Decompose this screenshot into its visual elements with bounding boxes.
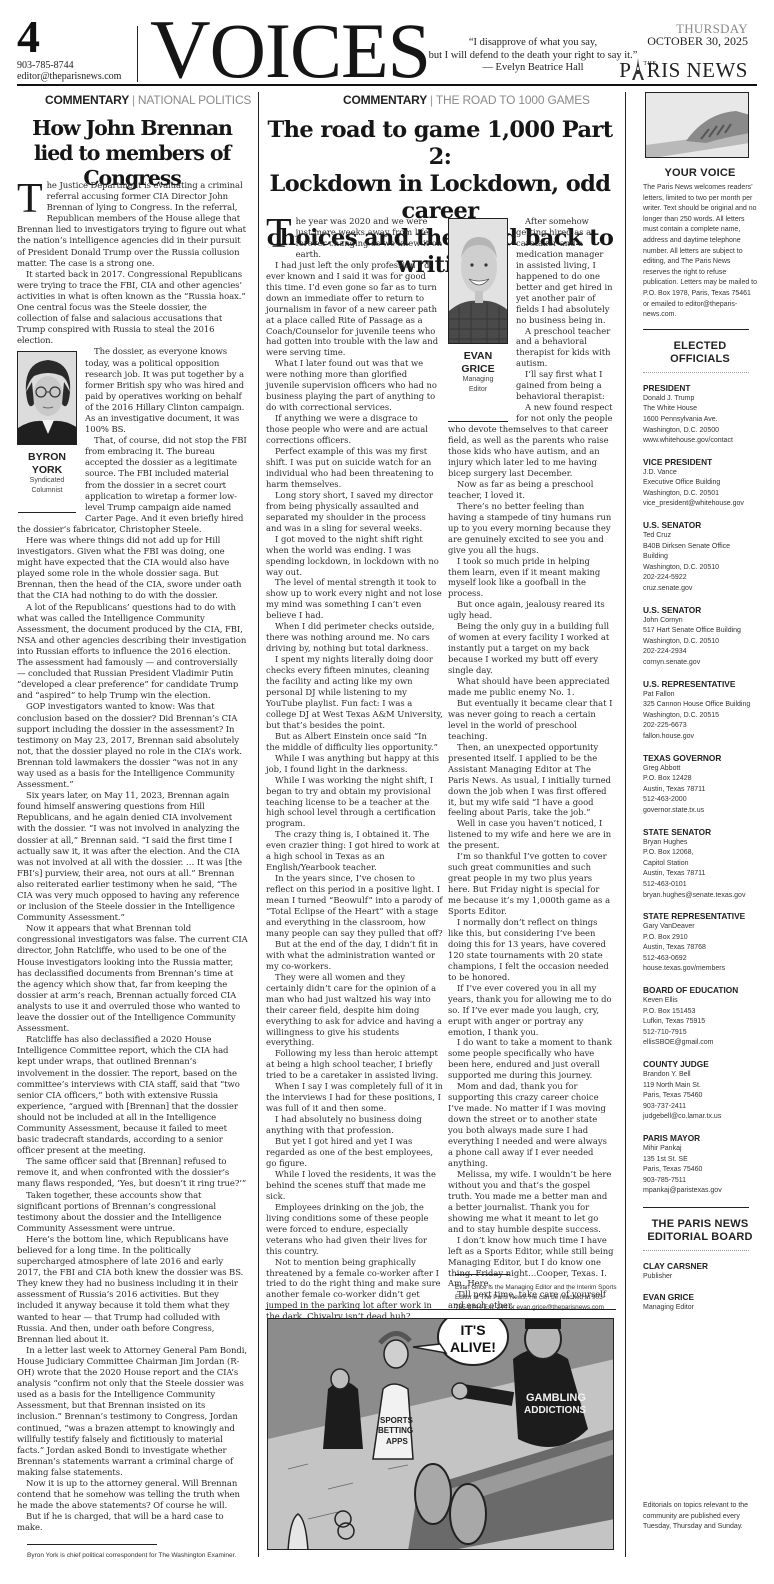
official-contact-link[interactable]: ellisSBOE@gmail.com [643,1038,757,1049]
editorial-cartoon: GAMBLING ADDICTIONS SPORTS BETTING APPS … [267,1318,614,1550]
paragraph: But as Albert Einstein once said “In the… [266,731,443,753]
sidebar-rule [643,1207,749,1208]
tagline-rule [27,1544,157,1545]
paragraph: Being the only guy in a building full of… [448,621,614,676]
paragraph: When I say I was completely full of it i… [266,1081,443,1114]
svg-text:APPS: APPS [386,1437,408,1446]
official-detail: J.D. Vance [643,468,757,479]
official-detail: Mihir Pankaj [643,1144,757,1155]
official-entry: COUNTY JUDGEBrandon Y. Bell119 North Mai… [643,1059,757,1123]
your-voice-text: The Paris News welcomes readers’ letters… [643,183,757,321]
paragraph: In a letter last week to Attorney Genera… [17,1346,248,1479]
paragraph: Not to mention being graphically threate… [266,1257,443,1323]
official-detail: 903-737-2411 [643,1102,757,1113]
left-kicker: COMMENTARY|NATIONAL POLITICS [45,93,251,107]
official-contact-link[interactable]: cruz.senate.gov [643,584,757,595]
paragraph: The year was 2020 and we were just mere … [266,216,443,260]
cartoon-coat-label: SPORTS [380,1416,414,1425]
official-role: U.S. SENATOR [643,605,757,616]
masthead: 4 903-785-8744 editor@theparisnews.com V… [0,0,774,86]
official-entry: U.S. SENATORTed CruzB40B Dirksen Senate … [643,520,757,595]
author-name: BYRONYORK [17,451,77,476]
author-byline: EVANGRICE ManagingEditor [448,218,508,422]
official-contact-link[interactable]: governor.state.tx.us [643,806,757,817]
paragraph: When I did perimeter checks outside, the… [266,621,443,654]
official-detail: P.O. Box 151453 [643,1007,757,1018]
editorial-board-list: CLAY CARSNERPublisherEVAN GRICEManaging … [643,1261,757,1313]
official-detail: P.O. Box 12068, [643,848,757,859]
contact-info: 903-785-8744 editor@theparisnews.com [17,60,121,82]
svg-text:BETTING: BETTING [378,1426,413,1435]
official-detail: 512-463-0692 [643,954,757,965]
mid-article-column-2: EVANGRICE ManagingEditor After somehow g… [448,216,614,1311]
paragraph: The Justice Department is evaluating a c… [17,181,248,270]
paragraph: Now it is up to the attorney general. Wi… [17,1479,248,1512]
official-contact-link[interactable]: fallon.house.gov [643,732,757,743]
official-detail: John Cornyn [643,616,757,627]
byline-rule [18,512,76,513]
masthead-divider [137,26,138,82]
official-detail: Austin, Texas 78711 [643,869,757,880]
paragraph: If anything we were a disgrace to those … [266,413,443,446]
official-entry: STATE SENATORBryan HughesP.O. Box 12068,… [643,827,757,902]
author-role: SyndicatedColumnist [17,476,77,496]
official-detail: 517 Hart Senate Office Building [643,626,757,637]
official-detail: 325 Cannon House Office Building [643,700,757,711]
paragraph: But once again, jealousy reared its ugly… [448,599,614,621]
paragraph: Long story short, I saved my director fr… [266,490,443,534]
official-entry: TEXAS GOVERNORGreg AbbottP.O. Box 12428A… [643,753,757,817]
official-contact-link[interactable]: bryan.hughes@senate.texas.gov [643,891,757,902]
official-detail: 512-463-0101 [643,880,757,891]
official-contact-link[interactable]: judgebell@co.lamar.tx.us [643,1112,757,1123]
page-number: 4 [17,14,40,60]
paris-news-logo: PTHERIS NEWS [619,55,748,83]
official-detail: 202-224-2934 [643,647,757,658]
paragraph: I do want to take a moment to thank some… [448,1037,614,1081]
official-detail: Austin, Texas 78768 [643,943,757,954]
official-entry: PARIS MAYORMihir Pankaj135 1st St. SEPar… [643,1133,757,1197]
paragraph: Following my less than heroic attempt at… [266,1048,443,1081]
official-detail: Keven Ellis [643,996,757,1007]
official-entry: U.S. REPRESENTATIVEPat Fallon325 Cannon … [643,679,757,743]
board-member: CLAY CARSNERPublisher [643,1261,757,1282]
contact-phone: 903-785-8744 [17,60,121,71]
board-member-name: CLAY CARSNER [643,1261,757,1272]
editorial-schedule-note: Editorials on topics relevant to the com… [643,1501,753,1533]
paragraph: I had absolutely no business doing anyth… [266,1114,443,1136]
official-detail: Paris, Texas 75460 [643,1091,757,1102]
official-detail: 512-463-2000 [643,795,757,806]
paragraph: Melissa, my wife. I wouldn’t be here wit… [448,1169,614,1235]
author-tagline: Byron York is chief political correspond… [17,1551,248,1561]
paragraph: I got moved to the night shift right whe… [266,534,443,578]
official-detail: 202-225-6673 [643,721,757,732]
left-article-body: The Justice Department is evaluating a c… [17,181,248,1561]
paragraph: What should have been appreciated made m… [448,676,614,698]
official-detail: Austin, Texas 78711 [643,785,757,796]
tagline-rule [455,1274,510,1275]
paragraph: I had just left the only profession I’d … [266,260,443,359]
board-member-name: EVAN GRICE [643,1292,757,1303]
official-role: COUNTY JUDGE [643,1059,757,1070]
paragraph: But yet I got hired and yet I was regard… [266,1136,443,1169]
paragraph: Here’s the bottom line, which Republican… [17,1235,248,1346]
official-entry: U.S. SENATORJohn Cornyn517 Hart Senate O… [643,605,757,669]
paragraph: The same officer said that [Brennan] ref… [17,1157,248,1190]
author-photo [17,351,77,445]
svg-text:ADDICTIONS: ADDICTIONS [524,1405,587,1416]
mid-article-column-1: The year was 2020 and we were just mere … [266,216,443,1322]
official-entry: BOARD OF EDUCATIONKeven EllisP.O. Box 15… [643,985,757,1049]
official-contact-link[interactable]: vice_president@whitehouse.gov [643,499,757,510]
board-member-title: Publisher [643,1272,757,1282]
official-detail: The White House [643,404,757,415]
paragraph: I don’t know how much time I have left a… [448,1235,614,1290]
paragraph: But eventually it became clear that I wa… [448,698,614,742]
official-contact-link[interactable]: www.whitehouse.gov/contact [643,436,757,447]
cartoon-speech: IT'S [460,1322,485,1338]
official-detail: Washington, D.C. 20510 [643,563,757,574]
svg-text:ALIVE!: ALIVE! [450,1339,496,1355]
paragraph: There’s no better feeling than having a … [448,501,614,556]
paragraph: But at the end of the day, I didn’t fit … [266,939,443,972]
cartoon-rule [266,1309,616,1310]
official-detail: Washington, D.C. 20500 [643,426,757,437]
paragraph: Here was where things did not add up for… [17,536,248,603]
paragraph: Employees drinking on the job, the livin… [266,1202,443,1257]
official-detail: Capitol Station [643,859,757,870]
official-detail: 135 1st St. SE [643,1155,757,1166]
official-role: PARIS MAYOR [643,1133,757,1144]
official-role: U.S. SENATOR [643,520,757,531]
paragraph: A lot of the Republicans’ questions had … [17,603,248,703]
official-detail: Washington, D.C. 20515 [643,711,757,722]
official-detail: Building [643,552,757,563]
paragraph: While I was working the night shift, I b… [266,775,443,830]
official-role: VICE PRESIDENT [643,457,757,468]
board-member-title: Managing Editor [643,1303,757,1313]
paragraph: Now it appears that what Brennan told co… [17,924,248,1035]
paragraph: It started back in 2017. Congressional R… [17,270,248,348]
byline-rule [448,421,508,422]
mid-kicker: COMMENTARY|THE ROAD TO 1000 GAMES [343,93,590,107]
official-role: TEXAS GOVERNOR [643,753,757,764]
official-detail: 119 North Main St. [643,1081,757,1092]
paragraph: The level of mental strength it took to … [266,577,443,621]
paragraph: Then, an unexpected opportunity presente… [448,742,614,819]
official-entry: VICE PRESIDENTJ.D. VanceExecutive Office… [643,457,757,510]
paragraph: Ratcliffe has also declassified a 2020 H… [17,1035,248,1157]
official-contact-link[interactable]: cornyn.senate.gov [643,658,757,669]
paragraph: What I later found out was that we were … [266,358,443,413]
paragraph: GOP investigators wanted to know: Was th… [17,702,248,791]
paragraph: Six years later, on May 11, 2023, Brenna… [17,791,248,924]
official-detail: 903-785-7511 [643,1176,757,1187]
official-detail: B40B Dirksen Senate Office [643,542,757,553]
official-detail: Bryan Hughes [643,838,757,849]
official-contact-link[interactable]: house.texas.gov/members [643,964,757,975]
official-detail: P.O. Box 2910 [643,933,757,944]
board-member: EVAN GRICEManaging Editor [643,1292,757,1313]
editorial-board-heading: THE PARIS NEWSEDITORIAL BOARD [643,1218,757,1244]
official-role: BOARD OF EDUCATION [643,985,757,996]
paragraph: Taken together, these accounts show that… [17,1191,248,1235]
official-detail: Gary VanDeaver [643,922,757,933]
official-detail: 1600 Pennsylvania Ave. [643,415,757,426]
official-detail: Pat Fallon [643,690,757,701]
paragraph: But if he is charged, that will be a har… [17,1512,248,1534]
official-contact-link[interactable]: mpankaj@paristexas.gov [643,1186,757,1197]
official-role: STATE REPRESENTATIVE [643,911,757,922]
official-detail: Donald J. Trump [643,394,757,405]
cartoon-monster-label: GAMBLING [526,1392,586,1404]
paragraph: Now as far as being a preschool teacher,… [448,479,614,501]
paragraph: I spent my nights literally doing door c… [266,654,443,731]
dotted-divider [643,1250,749,1251]
paragraph: Perfect example of this was my first shi… [266,446,443,490]
author-photo [448,218,508,344]
official-detail: Paris, Texas 75460 [643,1165,757,1176]
official-detail: P.O. Box 12428 [643,774,757,785]
official-detail: Brandon Y. Bell [643,1070,757,1081]
official-detail: Ted Cruz [643,531,757,542]
official-role: U.S. REPRESENTATIVE [643,679,757,690]
dropcap: T [266,217,292,251]
left-headline: How John Brennan lied to members of Cong… [17,116,247,191]
author-role: ManagingEditor [448,375,508,395]
official-detail: Washington, D.C. 20510 [643,637,757,648]
dateline-date: OCTOBER 30, 2025 [647,35,748,47]
masthead-rule [17,84,757,86]
official-role: STATE SENATOR [643,827,757,838]
official-entry: STATE REPRESENTATIVEGary VanDeaverP.O. B… [643,911,757,975]
column-divider [258,92,259,1557]
contact-email[interactable]: editor@theparisnews.com [17,71,121,82]
official-role: PRESIDENT [643,383,757,394]
paragraph: I normally don’t reflect on things like … [448,917,614,983]
official-detail: Executive Office Building [643,478,757,489]
paragraph: I’m so thankful I’ve gotten to cover suc… [448,851,614,917]
official-entry: PRESIDENTDonald J. TrumpThe White House1… [643,383,757,447]
official-detail: Greg Abbott [643,764,757,775]
official-detail: 512-710-7915 [643,1028,757,1039]
paragraph: While I loved the residents, it was the … [266,1169,443,1202]
official-detail: Lufkin, Texas 75915 [643,1017,757,1028]
typing-hands-photo [645,92,749,158]
paragraph: Mom and dad, thank you for supporting th… [448,1081,614,1169]
sidebar-rule [643,329,749,330]
paragraph: If I’ve ever covered you in all my years… [448,983,614,1038]
paragraph: They were all women and they certainly d… [266,972,443,1049]
paragraph: I took so much pride in helping them lea… [448,556,614,600]
paragraph: While I was anything but happy at this j… [266,753,443,775]
author-name: EVANGRICE [448,350,508,375]
dateline: THURSDAY OCTOBER 30, 2025 [647,23,748,47]
your-voice-heading: YOUR VOICE [643,167,757,180]
officials-list: PRESIDENTDonald J. TrumpThe White House1… [643,383,757,1197]
sidebar: YOUR VOICE The Paris News welcomes reade… [643,92,757,1313]
official-detail: Washington, D.C. 20501 [643,489,757,500]
elected-officials-heading: ELECTEDOFFICIALS [643,340,757,366]
official-detail: 202-224-5922 [643,573,757,584]
dropcap: T [17,182,43,216]
column-divider [625,92,626,1557]
paragraph: The crazy thing is, I obtained it. The e… [266,829,443,873]
author-byline: BYRONYORK SyndicatedColumnist [17,351,77,513]
paragraph: In the years since, I’ve chosen to refle… [266,873,443,939]
section-title: VOICES [150,10,430,91]
paragraph: Well in case you haven’t noticed, I list… [448,818,614,851]
dotted-divider [643,372,749,373]
